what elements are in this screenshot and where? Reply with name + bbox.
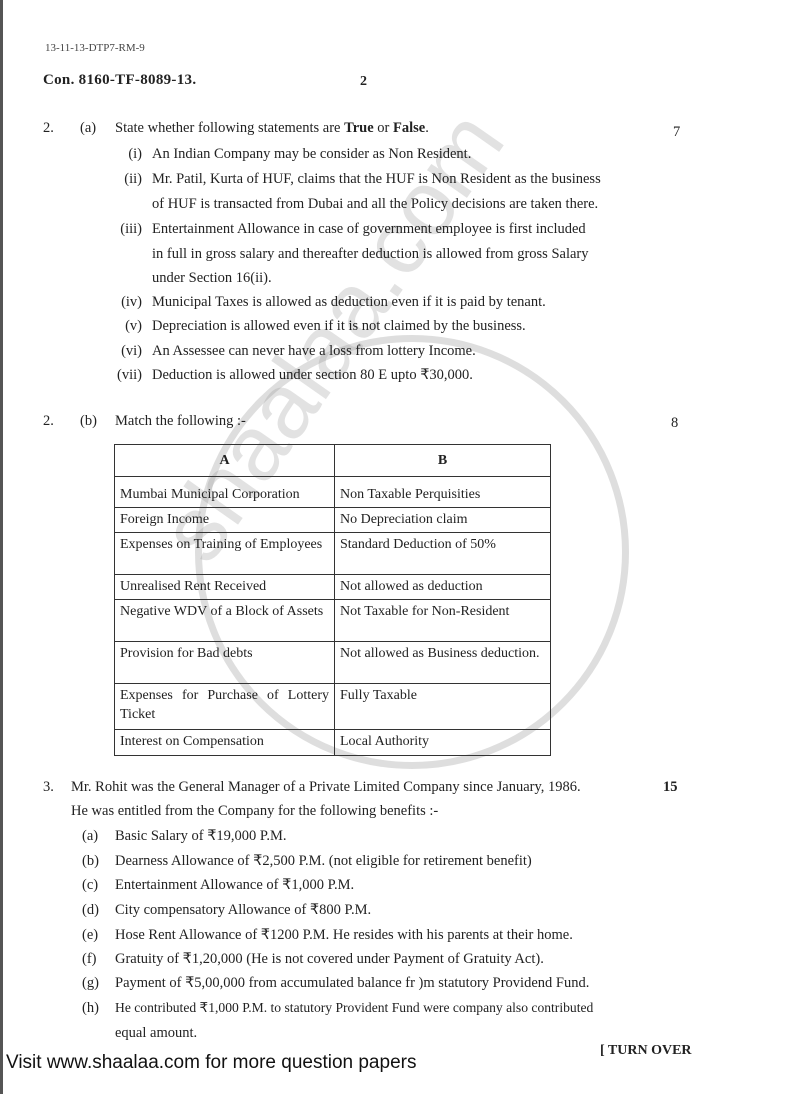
page-left-edge <box>0 0 3 1094</box>
statement-text: Deduction is allowed under section 80 E … <box>152 367 473 384</box>
benefit-label: (e) <box>82 927 98 944</box>
benefit-label: (d) <box>82 902 99 919</box>
column-b-cell: Not allowed as deduction <box>335 575 551 600</box>
turn-over-label: [ TURN OVER <box>600 1043 692 1059</box>
q2b-prompt: Match the following :- <box>115 413 246 430</box>
column-a-cell: Unrealised Rent Received <box>115 575 335 600</box>
benefit-text: Payment of ₹5,00,000 from accumulated ba… <box>115 975 589 992</box>
benefit-label: (f) <box>82 951 97 968</box>
benefit-label: (h) <box>82 1000 99 1017</box>
question-part: (a) <box>80 120 96 137</box>
statement-text: An Assessee can never have a loss from l… <box>152 343 476 360</box>
column-b-cell: Not allowed as Business deduction. <box>335 642 551 684</box>
statement-label: (vii) <box>98 367 142 384</box>
benefit-text: Dearness Allowance of ₹2,500 P.M. (not e… <box>115 853 532 870</box>
statement-label: (vi) <box>98 343 142 360</box>
statement-label: (iv) <box>98 294 142 311</box>
statement-text: Mr. Patil, Kurta of HUF, claims that the… <box>152 171 601 188</box>
statement-text: in full in gross salary and thereafter d… <box>152 246 589 263</box>
statement-label: (iii) <box>98 221 142 238</box>
benefit-label: (c) <box>82 877 98 894</box>
q3-marks: 15 <box>663 779 678 796</box>
table-row: Foreign IncomeNo Depreciation claim <box>115 508 551 533</box>
benefit-text: He contributed ₹1,000 P.M. to statutory … <box>115 1000 593 1016</box>
statement-text: Entertainment Allowance in case of gover… <box>152 221 586 238</box>
table-row: Provision for Bad debtsNot allowed as Bu… <box>115 642 551 684</box>
footer-visit-text: Visit www.shaalaa.com for more question … <box>6 1052 416 1074</box>
statement-text: under Section 16(ii). <box>152 270 272 287</box>
benefit-label: (b) <box>82 853 99 870</box>
column-b-cell: Not Taxable for Non-Resident <box>335 600 551 642</box>
statement-text: Depreciation is allowed even if it is no… <box>152 318 526 335</box>
column-a-cell: Foreign Income <box>115 508 335 533</box>
question-number: 2. <box>43 413 54 430</box>
page-number: 2 <box>360 74 367 90</box>
statement-text: An Indian Company may be consider as Non… <box>152 146 471 163</box>
column-a-cell: Negative WDV of a Block of Assets <box>115 600 335 642</box>
column-a-cell: Interest on Compensation <box>115 730 335 756</box>
statement-text: of HUF is transacted from Dubai and all … <box>152 196 598 213</box>
column-a-cell: Provision for Bad debts <box>115 642 335 684</box>
statement-label: (i) <box>98 146 142 163</box>
benefit-text: City compensatory Allowance of ₹800 P.M. <box>115 902 371 919</box>
question-part: (b) <box>80 413 97 430</box>
benefit-label: (g) <box>82 975 99 992</box>
benefit-text: Gratuity of ₹1,20,000 (He is not covered… <box>115 951 544 968</box>
match-table: A B Mumbai Municipal CorporationNon Taxa… <box>114 444 551 756</box>
q3-intro-line-2: He was entitled from the Company for the… <box>71 803 438 820</box>
table-row: Mumbai Municipal CorporationNon Taxable … <box>115 477 551 508</box>
table-row: Interest on CompensationLocal Authority <box>115 730 551 756</box>
table-row: Negative WDV of a Block of AssetsNot Tax… <box>115 600 551 642</box>
statement-label: (v) <box>98 318 142 335</box>
column-a-cell: Expenses on Training of Employees <box>115 533 335 575</box>
benefit-text: Basic Salary of ₹19,000 P.M. <box>115 828 287 845</box>
column-b-cell: Local Authority <box>335 730 551 756</box>
table-row: Expenses for Purchase of Lottery TicketF… <box>115 684 551 730</box>
table-row: Expenses on Training of EmployeesStandar… <box>115 533 551 575</box>
paper-code: 13-11-13-DTP7-RM-9 <box>45 42 145 54</box>
column-a-cell: Expenses for Purchase of Lottery Ticket <box>115 684 335 730</box>
column-b-cell: Fully Taxable <box>335 684 551 730</box>
q2b-marks: 8 <box>671 415 678 432</box>
column-b-cell: Standard Deduction of 50% <box>335 533 551 575</box>
benefit-text: Hose Rent Allowance of ₹1200 P.M. He res… <box>115 927 573 944</box>
column-b-cell: No Depreciation claim <box>335 508 551 533</box>
column-a-cell: Mumbai Municipal Corporation <box>115 477 335 508</box>
q3-intro-line-1: Mr. Rohit was the General Manager of a P… <box>71 779 581 796</box>
statement-label: (ii) <box>98 171 142 188</box>
question-number: 2. <box>43 120 54 137</box>
column-header-a: A <box>115 445 335 477</box>
benefit-label: (a) <box>82 828 98 845</box>
statement-text: Municipal Taxes is allowed as deduction … <box>152 294 546 311</box>
q2a-marks: 7 <box>673 124 680 141</box>
benefit-text: Entertainment Allowance of ₹1,000 P.M. <box>115 877 354 894</box>
table-row: Unrealised Rent ReceivedNot allowed as d… <box>115 575 551 600</box>
q2a-prompt: State whether following statements are T… <box>115 120 429 137</box>
benefit-text: equal amount. <box>115 1025 197 1042</box>
column-b-cell: Non Taxable Perquisities <box>335 477 551 508</box>
column-header-b: B <box>335 445 551 477</box>
question-number: 3. <box>43 779 54 796</box>
con-number: Con. 8160-TF-8089-13. <box>43 72 196 89</box>
